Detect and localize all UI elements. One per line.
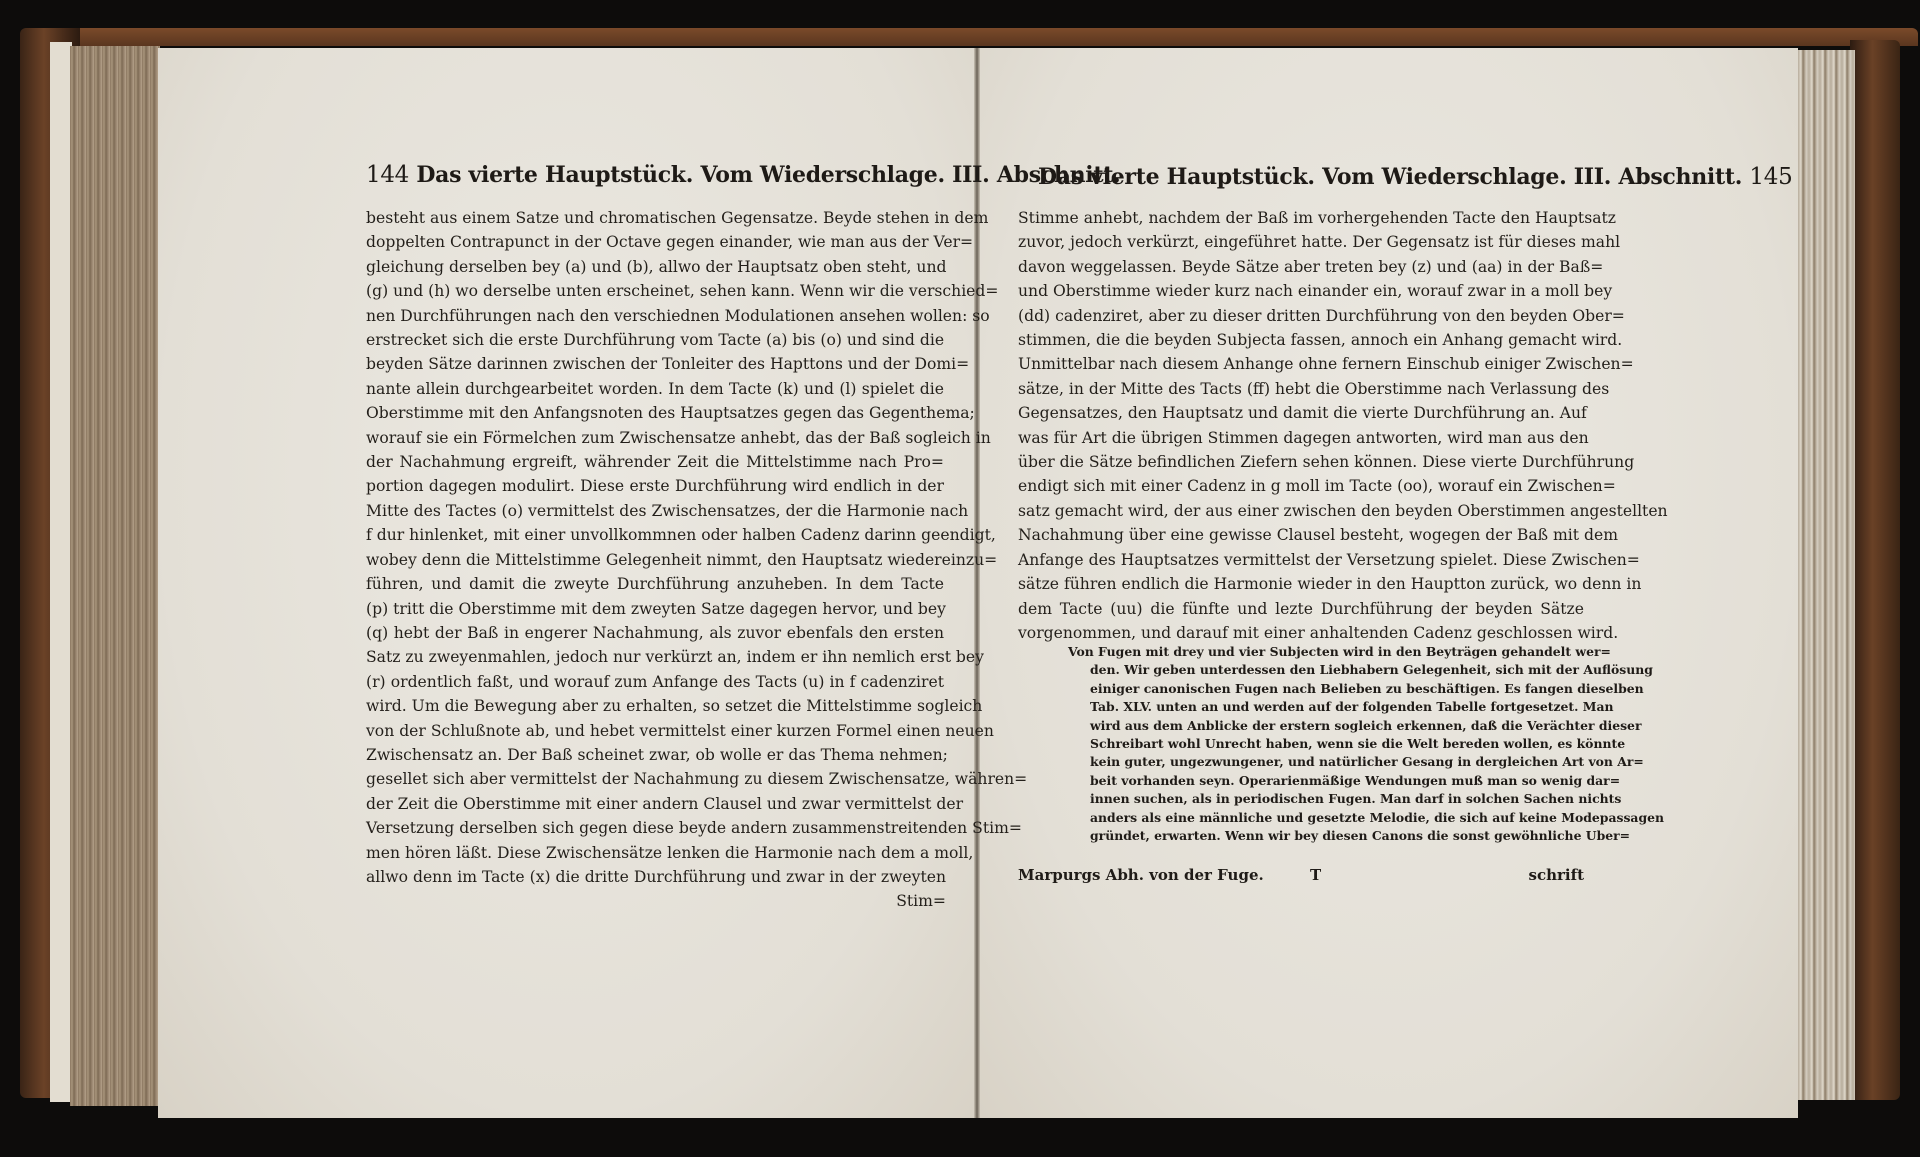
text-line: endigt sich mit einer Cadenz in g moll i…: [1018, 474, 1584, 498]
text-line: (g) und (h) wo derselbe unten erscheinet…: [366, 279, 944, 303]
left-running-head: 144 Das vierte Hauptstück. Vom Wiedersch…: [366, 162, 1120, 188]
text-line: Stimme anhebt, nachdem der Baß im vorher…: [1018, 206, 1584, 230]
text-line: sätze, in der Mitte des Tacts (ff) hebt …: [1018, 377, 1584, 401]
text-line: nen Durchführungen nach den verschiednen…: [366, 304, 944, 328]
text-line: gleichung derselben bey (a) und (b), all…: [366, 255, 944, 279]
text-line: besteht aus einem Satze und chromatische…: [366, 206, 944, 230]
text-line: erstrecket sich die erste Durchführung v…: [366, 328, 944, 352]
signature-title: Marpurgs Abh. von der Fuge.: [1018, 866, 1264, 884]
text-line: dem Tacte (uu) die fünfte und lezte Durc…: [1018, 597, 1584, 621]
text-line: von der Schlußnote ab, und hebet vermitt…: [366, 719, 944, 743]
footnote-line: innen suchen, als in periodischen Fugen.…: [1068, 790, 1584, 808]
signature-line: Marpurgs Abh. von der Fuge. T schrift: [1018, 866, 1584, 884]
text-line: Mitte des Tactes (o) vermittelst des Zwi…: [366, 499, 944, 523]
text-line: Anfange des Hauptsatzes vermittelst der …: [1018, 548, 1584, 572]
text-line: satz gemacht wird, der aus einer zwische…: [1018, 499, 1584, 523]
left-body-text: besteht aus einem Satze und chromatische…: [366, 206, 944, 889]
text-line: davon weggelassen. Beyde Sätze aber tret…: [1018, 255, 1584, 279]
text-line: men hören läßt. Diese Zwischensätze lenk…: [366, 841, 944, 865]
page-edges-right: [1795, 50, 1855, 1100]
footnote-line: gründet, erwarten. Wenn wir bey diesen C…: [1068, 827, 1584, 845]
text-line: (p) tritt die Oberstimme mit dem zweyten…: [366, 597, 944, 621]
text-line: nante allein durchgearbeitet worden. In …: [366, 377, 944, 401]
text-line: f dur hinlenket, mit einer unvollkommnen…: [366, 523, 944, 547]
footnote-line: kein guter, ungezwungener, und natürlich…: [1068, 753, 1584, 771]
left-catchword: Stim=: [890, 889, 946, 913]
book-cover-top-edge: [28, 28, 1918, 46]
text-line: (dd) cadenziret, aber zu dieser dritten …: [1018, 304, 1584, 328]
text-line: und Oberstimme wieder kurz nach einander…: [1018, 279, 1584, 303]
text-line: wobey denn die Mittelstimme Gelegenheit …: [366, 548, 944, 572]
footnote-line: Tab. XLV. unten an und werden auf der fo…: [1068, 698, 1584, 716]
text-line: Satz zu zweyenmahlen, jedoch nur verkürz…: [366, 645, 944, 669]
right-page-number: 145: [1749, 164, 1792, 190]
right-running-head: Das vierte Hauptstück. Vom Wiederschlage…: [1038, 164, 1792, 190]
footnote: Von Fugen mit drey und vier Subjecten wi…: [1068, 643, 1584, 845]
text-line: (q) hebt der Baß in engerer Nachahmung, …: [366, 621, 944, 645]
text-line: portion dagegen modulirt. Diese erste Du…: [366, 474, 944, 498]
footnote-line: anders als eine männliche und gesetzte M…: [1068, 809, 1584, 827]
text-line: Gegensatzes, den Hauptsatz und damit die…: [1018, 401, 1584, 425]
left-page-number: 144: [366, 162, 409, 188]
text-line: über die Sätze befindlichen Ziefern sehe…: [1018, 450, 1584, 474]
text-line: Unmittelbar nach diesem Anhange ohne fer…: [1018, 352, 1584, 376]
text-line: beyden Sätze darinnen zwischen der Tonle…: [366, 352, 944, 376]
text-line: Oberstimme mit den Anfangsnoten des Haup…: [366, 401, 944, 425]
right-catchword: schrift: [1529, 866, 1584, 884]
book-cover-right: [1850, 40, 1900, 1100]
text-line: der Nachahmung ergreift, währender Zeit …: [366, 450, 944, 474]
text-line: stimmen, die die beyden Subjecta fassen,…: [1018, 328, 1584, 352]
text-line: führen, und damit die zweyte Durchführun…: [366, 572, 944, 596]
footnote-line: Von Fugen mit drey und vier Subjecten wi…: [1068, 643, 1584, 661]
text-line: zuvor, jedoch verkürzt, eingeführet hatt…: [1018, 230, 1584, 254]
right-running-head-title: Das vierte Hauptstück. Vom Wiederschlage…: [1038, 164, 1742, 190]
left-running-head-title: Das vierte Hauptstück. Vom Wiederschlage…: [416, 162, 1120, 188]
text-line: vorgenommen, und darauf mit einer anhalt…: [1018, 621, 1584, 645]
footnote-line: beit vorhanden seyn. Operarienmäßige Wen…: [1068, 772, 1584, 790]
text-line: gesellet sich aber vermittelst der Nacha…: [366, 767, 944, 791]
text-line: (r) ordentlich faßt, und worauf zum Anfa…: [366, 670, 944, 694]
text-line: Nachahmung über eine gewisse Clausel bes…: [1018, 523, 1584, 547]
left-catchword-text: Stim=: [896, 892, 946, 910]
footnote-line: wird aus dem Anblicke der erstern soglei…: [1068, 717, 1584, 735]
text-line: sätze führen endlich die Harmonie wieder…: [1018, 572, 1584, 596]
footnote-line: Schreibart wohl Unrecht haben, wenn sie …: [1068, 735, 1584, 753]
text-line: was für Art die übrigen Stimmen dagegen …: [1018, 426, 1584, 450]
text-line: wird. Um die Bewegung aber zu erhalten, …: [366, 694, 944, 718]
signature-mark: T: [1310, 866, 1321, 884]
right-body-text: Stimme anhebt, nachdem der Baß im vorher…: [1018, 206, 1584, 645]
text-line: Versetzung derselben sich gegen diese be…: [366, 816, 944, 840]
page-edges-left: [70, 46, 160, 1106]
footnote-line: einiger canonischen Fugen nach Belieben …: [1068, 680, 1584, 698]
text-line: doppelten Contrapunct in der Octave gege…: [366, 230, 944, 254]
text-line: allwo denn im Tacte (x) die dritte Durch…: [366, 865, 944, 889]
footnote-line: den. Wir geben unterdessen den Liebhaber…: [1068, 661, 1584, 679]
flyleaf: [50, 42, 72, 1102]
text-line: Zwischensatz an. Der Baß scheinet zwar, …: [366, 743, 944, 767]
text-line: worauf sie ein Förmelchen zum Zwischensa…: [366, 426, 944, 450]
text-line: der Zeit die Oberstimme mit einer andern…: [366, 792, 944, 816]
